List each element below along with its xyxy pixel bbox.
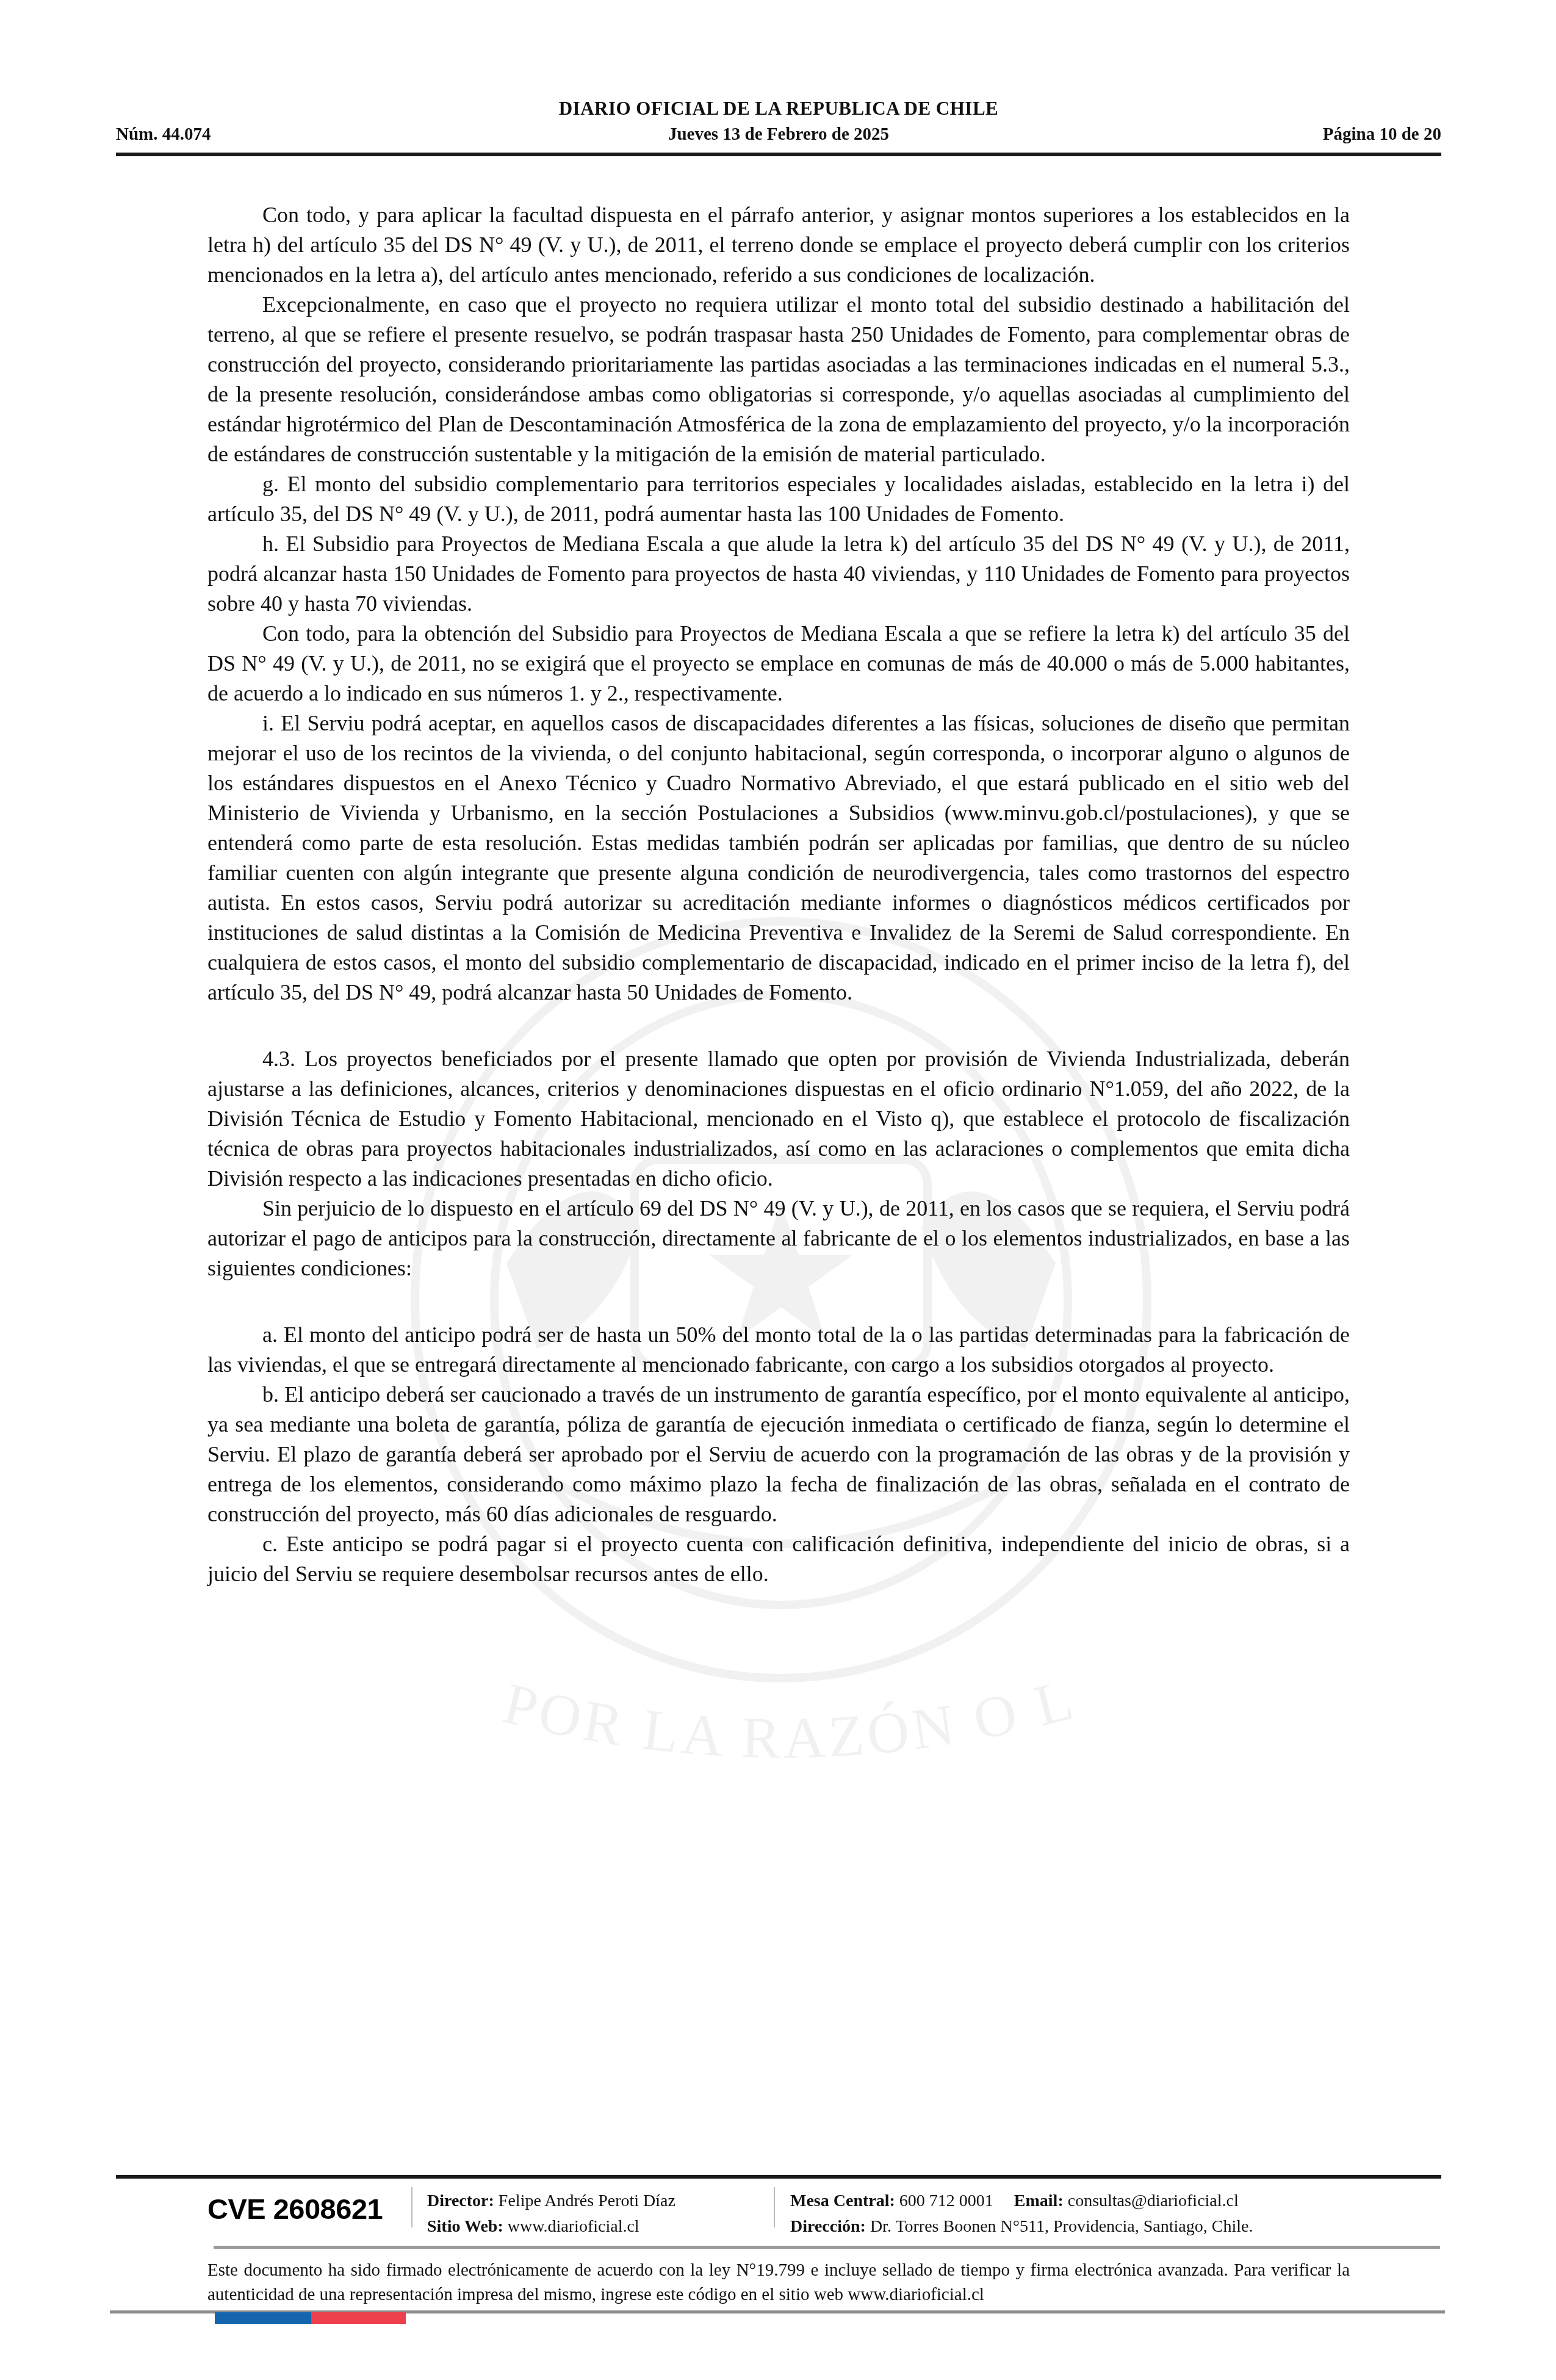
direccion-line: Dirección: Dr. Torres Boonen N°511, Prov…	[790, 2214, 1253, 2240]
document-body: Con todo, y para aplicar la facultad dis…	[207, 200, 1350, 1589]
paragraph: c. Este anticipo se podrá pagar si el pr…	[207, 1529, 1350, 1589]
paragraph: Con todo, para la obtención del Subsidio…	[207, 619, 1350, 709]
footer-divider-1	[411, 2187, 412, 2227]
sitio-line: Sitio Web: www.diarioficial.cl	[427, 2214, 675, 2240]
sitio-value: www.diarioficial.cl	[508, 2217, 639, 2236]
paragraph: 4.3. Los proyectos beneficiados por el p…	[207, 1044, 1350, 1194]
flag-red-bar	[311, 2312, 406, 2324]
paragraph: g. El monto del subsidio complementario …	[207, 469, 1350, 529]
flag-blue-bar	[215, 2312, 311, 2324]
issue-date: Jueves 13 de Febrero de 2025	[116, 124, 1441, 145]
cve-code: CVE 2608621	[207, 2192, 383, 2226]
mesa-value: 600 712 0001	[899, 2191, 993, 2210]
email-value: consultas@diarioficial.cl	[1068, 2191, 1239, 2210]
director-label: Director:	[427, 2191, 494, 2210]
director-value: Felipe Andrés Peroti Díaz	[499, 2191, 675, 2210]
paragraph: Sin perjuicio de lo dispuesto en el artí…	[207, 1194, 1350, 1283]
paragraph: h. El Subsidio para Proyectos de Mediana…	[207, 529, 1350, 619]
director-line: Director: Felipe Andrés Peroti Díaz	[427, 2188, 675, 2214]
footer-rule-top	[116, 2175, 1441, 2179]
legal-notice: Este documento ha sido firmado electróni…	[207, 2258, 1350, 2307]
footer-contact-col: Mesa Central: 600 712 0001Email: consult…	[790, 2188, 1253, 2240]
mesa-label: Mesa Central:	[790, 2191, 895, 2210]
paragraph: a. El monto del anticipo podrá ser de ha…	[207, 1320, 1350, 1380]
direccion-label: Dirección:	[790, 2217, 866, 2236]
paragraph: Excepcionalmente, en caso que el proyect…	[207, 290, 1350, 469]
page-title: DIARIO OFICIAL DE LA REPUBLICA DE CHILE	[116, 98, 1441, 120]
sitio-label: Sitio Web:	[427, 2217, 503, 2236]
gazette-page: DIARIO OFICIAL DE LA REPUBLICA DE CHILE …	[0, 0, 1556, 2380]
paragraph: Con todo, y para aplicar la facultad dis…	[207, 200, 1350, 290]
paragraph: i. El Serviu podrá aceptar, en aquellos …	[207, 709, 1350, 1008]
footer-rule-middle	[214, 2246, 1440, 2249]
page-indicator: Página 10 de 20	[1323, 124, 1441, 145]
mesa-email-line: Mesa Central: 600 712 0001Email: consult…	[790, 2188, 1253, 2214]
paragraph: b. El anticipo deberá ser caucionado a t…	[207, 1380, 1350, 1529]
footer-divider-2	[774, 2187, 775, 2227]
direccion-value: Dr. Torres Boonen N°511, Providencia, Sa…	[870, 2217, 1253, 2236]
email-label: Email:	[1014, 2191, 1064, 2210]
footer-director-col: Director: Felipe Andrés Peroti Díaz Siti…	[427, 2188, 675, 2240]
header-rule	[116, 153, 1441, 156]
